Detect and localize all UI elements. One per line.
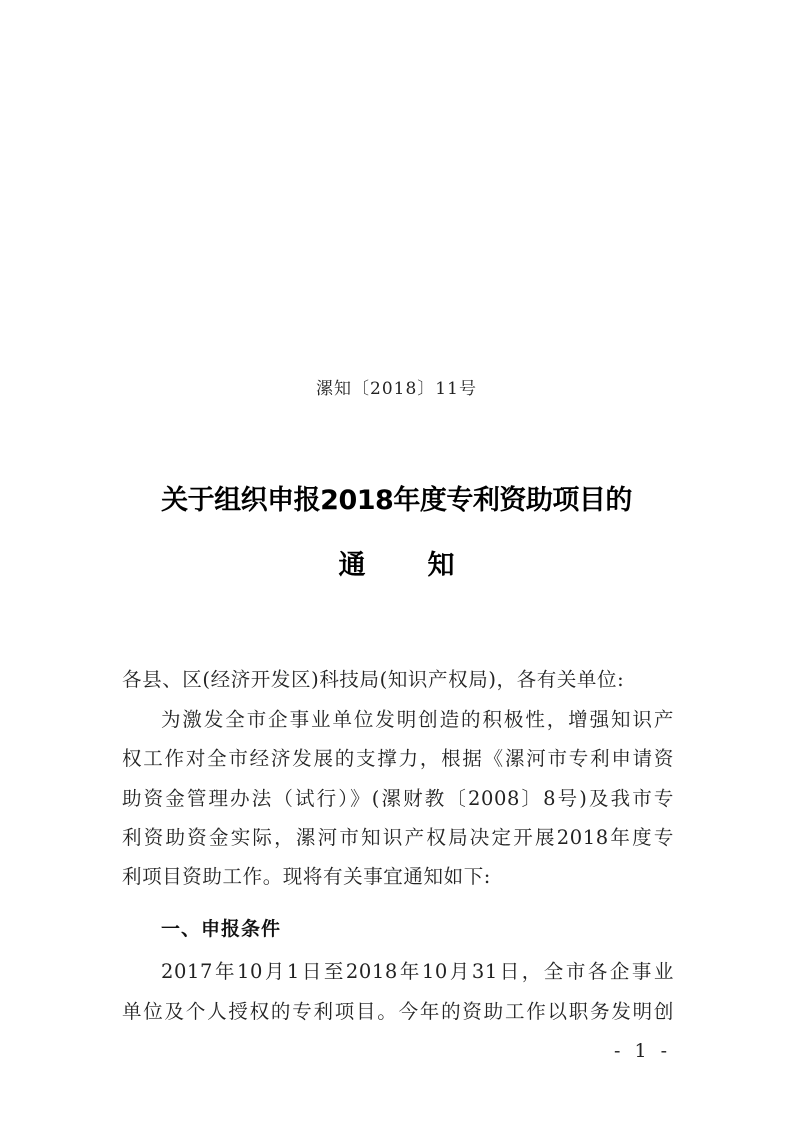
document-title-line-1: 关于组织申报2018年度专利资助项目的 — [0, 478, 793, 517]
title-char-1: 通 — [339, 543, 366, 582]
page-number: - 1 - — [614, 1040, 671, 1062]
paragraph-line: 为激发全市企事业单位发明创造的积极性，增强知识产 — [161, 704, 674, 732]
section-heading: 一、申报条件 — [161, 914, 281, 941]
title-char-2: 知 — [428, 543, 455, 582]
paragraph-line: 助资金管理办法（试行）》(漯财教〔2008〕8号)及我市专 — [122, 783, 674, 811]
document-page: 漯知〔2018〕11号 关于组织申报2018年度专利资助项目的 通知 各县、区(… — [0, 0, 793, 1122]
paragraph-line: 利项目资助工作。现将有关事宜通知如下: — [122, 861, 674, 889]
section-paragraph-line: 单位及个人授权的专利项目。今年的资助工作以职务发明创 — [122, 996, 674, 1024]
paragraph-line: 利资助资金实际，漯河市知识产权局决定开展2018年度专 — [122, 822, 674, 850]
document-number: 漯知〔2018〕11号 — [0, 374, 793, 399]
section-paragraph-line: 2017年10月1日至2018年10月31日，全市各企事业 — [161, 956, 674, 984]
salutation-line: 各县、区(经济开发区)科技局(知识产权局)，各有关单位: — [122, 664, 674, 692]
paragraph-line: 权工作对全市经济发展的支撑力，根据《漯河市专利申请资 — [122, 743, 674, 771]
document-title-line-2: 通知 — [0, 543, 793, 582]
